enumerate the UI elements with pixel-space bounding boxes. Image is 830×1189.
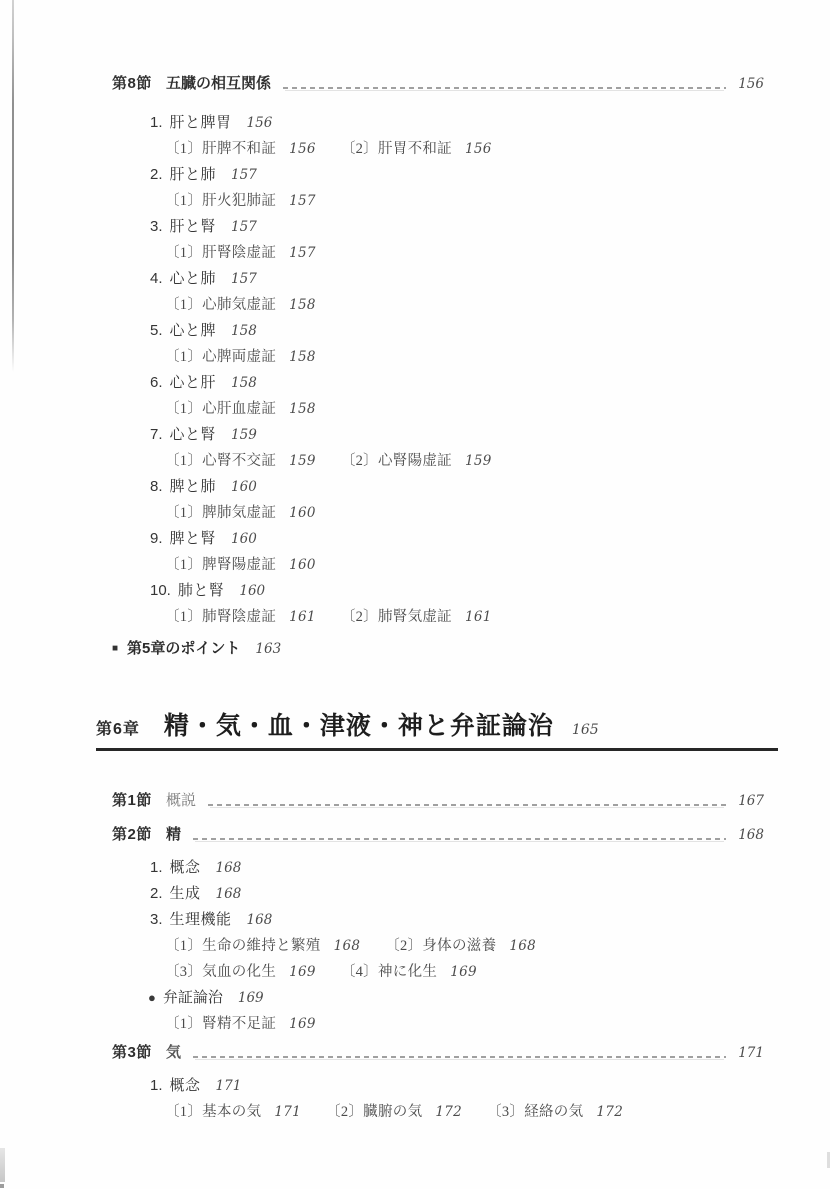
toc-item-number: 10. [150,578,171,604]
toc-subitem: 〔2〕肝胃不和証156 [341,136,492,162]
toc-item: 8.脾と肺160 [150,474,764,500]
toc-item: 10.肺と腎160 [150,578,764,604]
leader-line [193,838,726,843]
page-number: 157 [231,167,257,183]
toc-item-number: 2. [150,881,163,907]
circle-bullet-icon: ● [148,990,156,1005]
section-label: 第3節 [112,1041,166,1062]
toc-item: 7.心と腎159 [150,422,764,448]
toc-item-number: 3. [150,907,163,933]
toc-subitem-title: 〔1〕脾肺気虚証 [165,505,276,521]
toc-item: 1.概念171 [150,1073,764,1099]
section-label: 第2節 [112,823,166,844]
toc-subitem: 〔1〕肝脾不和証156 [165,136,316,162]
toc-subitem: 〔1〕肝腎陰虚証157 [165,240,316,266]
toc-item: 2.生成168 [150,881,764,907]
page-number: 160 [289,557,316,573]
page-number: 157 [231,219,257,235]
page-number: 157 [231,271,257,287]
toc-subitem-title: 〔1〕肝火犯肺証 [165,193,276,209]
toc-item-title: 肝と腎 [170,218,217,235]
chapter-label: 第6章 [96,716,140,739]
toc-item: 5.心と脾158 [150,318,764,344]
page-number: 156 [289,141,316,157]
toc-subitem-title: 〔3〕経絡の気 [487,1104,583,1120]
toc-subitem: 〔1〕心肝血虚証158 [165,396,316,422]
page-number: 156 [247,115,273,131]
page-number: 171 [216,1078,242,1094]
page-number: 160 [239,583,265,599]
toc-subitem-title: 〔1〕心肺気虚証 [165,297,276,313]
toc-subitem-title: 〔1〕心腎不交証 [165,453,276,469]
toc-item-title: 肝と脾胃 [170,114,232,131]
toc-subitem: 〔1〕脾腎陽虚証160 [165,552,316,578]
page-number: 157 [289,245,316,261]
page-number: 172 [596,1104,623,1120]
toc-subrow: 〔1〕肺腎陰虚証161 〔2〕肺腎気虚証161 [165,604,764,630]
scan-edge-line [12,0,14,372]
page-number: 157 [289,193,316,209]
toc-subrow: 〔1〕生命の維持と繁殖168 〔2〕身体の滋養168 [165,933,764,959]
page-number: 159 [465,453,492,469]
chapter-points-title: 第5章のポイント [127,640,240,657]
toc-item-number: 5. [150,318,163,344]
section-heading-1: 第1節 概説 167 [112,789,764,815]
page-number: 167 [738,793,764,809]
toc-subitem: 〔1〕肺腎陰虚証161 [165,604,316,630]
page-number: 158 [231,323,257,339]
toc-item: 3.肝と腎157 [150,214,764,240]
toc-subitem: 〔3〕気血の化生169 [165,959,316,985]
page-number: 169 [450,964,477,980]
page-number: 159 [231,427,257,443]
toc-subitem: 〔3〕経絡の気172 [487,1099,623,1125]
page-number: 168 [247,912,273,928]
section-title: 五臓の相互関係 [166,72,271,93]
toc-subitem: 〔2〕身体の滋養168 [385,933,536,959]
toc-subitem: 〔2〕心腎陽虚証159 [341,448,492,474]
toc-subitem-title: 〔2〕肝胃不和証 [341,141,452,157]
toc-item-number: 6. [150,370,163,396]
toc-item-title: 生理機能 [170,911,232,928]
toc-subrow: 〔1〕肝腎陰虚証157 [165,240,764,266]
toc-subitem: 〔1〕腎精不足証169 [165,1011,316,1037]
toc-subitem: 〔1〕心肺気虚証158 [165,292,316,318]
section-heading-3: 第3節 気 171 [112,1041,764,1067]
toc-item-number: 3. [150,214,163,240]
toc-item-title: 概念 [170,1077,201,1094]
toc-subrow: 〔1〕基本の気171 〔2〕臓腑の気172 〔3〕経絡の気172 [165,1099,764,1125]
page-number: 160 [289,505,316,521]
toc-item-title: 肝と肺 [170,166,217,183]
toc-subrow: 〔1〕脾肺気虚証160 [165,500,764,526]
toc-item-number: 1. [150,1073,163,1099]
page-number: 171 [274,1104,301,1120]
toc-subitem-title: 〔1〕心脾両虚証 [165,349,276,365]
page-number: 160 [231,479,257,495]
section-heading-8: 第8節 五臓の相互関係 156 [112,72,764,98]
leader-line [193,1056,726,1061]
scan-corner-dot [0,1184,4,1188]
toc-subrow: 〔1〕脾腎陽虚証160 [165,552,764,578]
square-bullet-icon: ■ [112,643,118,654]
toc-subitem-title: 〔2〕肺腎気虚証 [341,609,452,625]
toc-item-title: 脾と腎 [170,530,217,547]
section-title: 気 [166,1041,181,1062]
toc-subitem-title: 〔1〕生命の維持と繁殖 [165,938,321,954]
toc-subitem-title: 〔1〕肺腎陰虚証 [165,609,276,625]
toc-subitem-title: 〔2〕臓腑の気 [326,1104,422,1120]
section-label: 第1節 [112,789,166,810]
page-number: 169 [238,990,264,1006]
page-number: 168 [509,938,536,954]
toc-item-number: 9. [150,526,163,552]
toc-subitem-title: 〔1〕基本の気 [165,1104,261,1120]
toc-subrow: 〔1〕肝火犯肺証157 [165,188,764,214]
toc-subitem-title: 〔1〕脾腎陽虚証 [165,557,276,573]
page-number: 168 [334,938,361,954]
page-number: 156 [465,141,492,157]
page-number: 158 [231,375,257,391]
toc-item-number: 7. [150,422,163,448]
bullet-entry-title: 弁証論治 [163,989,223,1006]
toc-subrow: 〔3〕気血の化生169 〔4〕神に化生169 [165,959,764,985]
toc-subitem-title: 〔3〕気血の化生 [165,964,276,980]
section-label: 第8節 [112,72,166,93]
section-title: 概説 [166,789,196,810]
page-number: 163 [255,641,281,657]
toc-item-title: 脾と肺 [170,478,217,495]
toc-item-title: 心と肺 [170,270,217,287]
page-number: 158 [289,401,316,417]
toc-item-title: 生成 [170,885,201,902]
toc-subitem-title: 〔1〕腎精不足証 [165,1016,276,1032]
toc-subitem: 〔1〕基本の気171 [165,1099,301,1125]
toc-subrow: 〔1〕心肝血虚証158 [165,396,764,422]
chapter-title: 精・気・血・津液・神と弁証論治 [164,706,554,742]
toc-item-title: 概念 [170,859,201,876]
chapter-heading: 第6章 精・気・血・津液・神と弁証論治 165 [96,706,778,751]
leader-line [283,87,726,92]
toc-subrow: 〔1〕心脾両虚証158 [165,344,764,370]
page-number: 168 [216,860,242,876]
toc-item: 3.生理機能168 [150,907,764,933]
toc-item: 1.肝と脾胃156 [150,110,764,136]
section-heading-2: 第2節 精 168 [112,823,764,849]
toc-item-number: 2. [150,162,163,188]
toc-item: 4.心と肺157 [150,266,764,292]
section-title: 精 [166,823,181,844]
page-number: 158 [289,297,316,313]
toc-subitem-title: 〔1〕肝脾不和証 [165,141,276,157]
toc-subitem-title: 〔2〕心腎陽虚証 [341,453,452,469]
page-number: 161 [289,609,316,625]
bullet-entry: ●弁証論治169 [148,985,764,1011]
toc-subitem: 〔4〕神に化生169 [341,959,477,985]
toc-subrow: 〔1〕心肺気虚証158 [165,292,764,318]
page-number: 172 [435,1104,462,1120]
toc-item: 2.肝と肺157 [150,162,764,188]
toc-subitem-title: 〔1〕肝腎陰虚証 [165,245,276,261]
toc-item: 9.脾と腎160 [150,526,764,552]
toc-item-title: 肺と腎 [178,582,225,599]
page-number: 168 [738,827,764,843]
toc-subitem: 〔1〕脾肺気虚証160 [165,500,316,526]
toc-subitem: 〔1〕心腎不交証159 [165,448,316,474]
toc-subitem-title: 〔1〕心肝血虚証 [165,401,276,417]
page-number: 161 [465,609,492,625]
toc-subitem: 〔2〕肺腎気虚証161 [341,604,492,630]
toc-item-title: 心と肝 [170,374,217,391]
toc-page: 第8節 五臓の相互関係 156 1.肝と脾胃156 〔1〕肝脾不和証156 〔2… [112,72,764,1125]
page-number: 158 [289,349,316,365]
toc-subitem-title: 〔4〕神に化生 [341,964,437,980]
page-number: 169 [289,1016,316,1032]
toc-item-title: 心と脾 [170,322,217,339]
toc-subrow: 〔1〕腎精不足証169 [165,1011,764,1037]
toc-item-number: 8. [150,474,163,500]
toc-subitem: 〔2〕臓腑の気172 [326,1099,462,1125]
toc-item: 6.心と肝158 [150,370,764,396]
toc-subrow: 〔1〕肝脾不和証156 〔2〕肝胃不和証156 [165,136,764,162]
toc-item-number: 1. [150,855,163,881]
leader-line [208,804,726,809]
page-number: 169 [289,964,316,980]
toc-item: 1.概念168 [150,855,764,881]
toc-item-title: 心と腎 [170,426,217,443]
toc-subitem: 〔1〕生命の維持と繁殖168 [165,933,360,959]
toc-subitem: 〔1〕肝火犯肺証157 [165,188,316,214]
page-number: 171 [738,1045,764,1061]
toc-subitem-title: 〔2〕身体の滋養 [385,938,496,954]
toc-item-number: 1. [150,110,163,136]
scan-corner-mark [0,1148,5,1182]
toc-subitem: 〔1〕心脾両虚証158 [165,344,316,370]
chapter-points-entry: ■第5章のポイント163 [112,636,764,662]
page-number: 156 [738,76,764,92]
toc-item-number: 4. [150,266,163,292]
toc-subrow: 〔1〕心腎不交証159 〔2〕心腎陽虚証159 [165,448,764,474]
page-number: 159 [289,453,316,469]
page-number: 165 [572,722,599,738]
page-number: 160 [231,531,257,547]
page-number: 168 [216,886,242,902]
